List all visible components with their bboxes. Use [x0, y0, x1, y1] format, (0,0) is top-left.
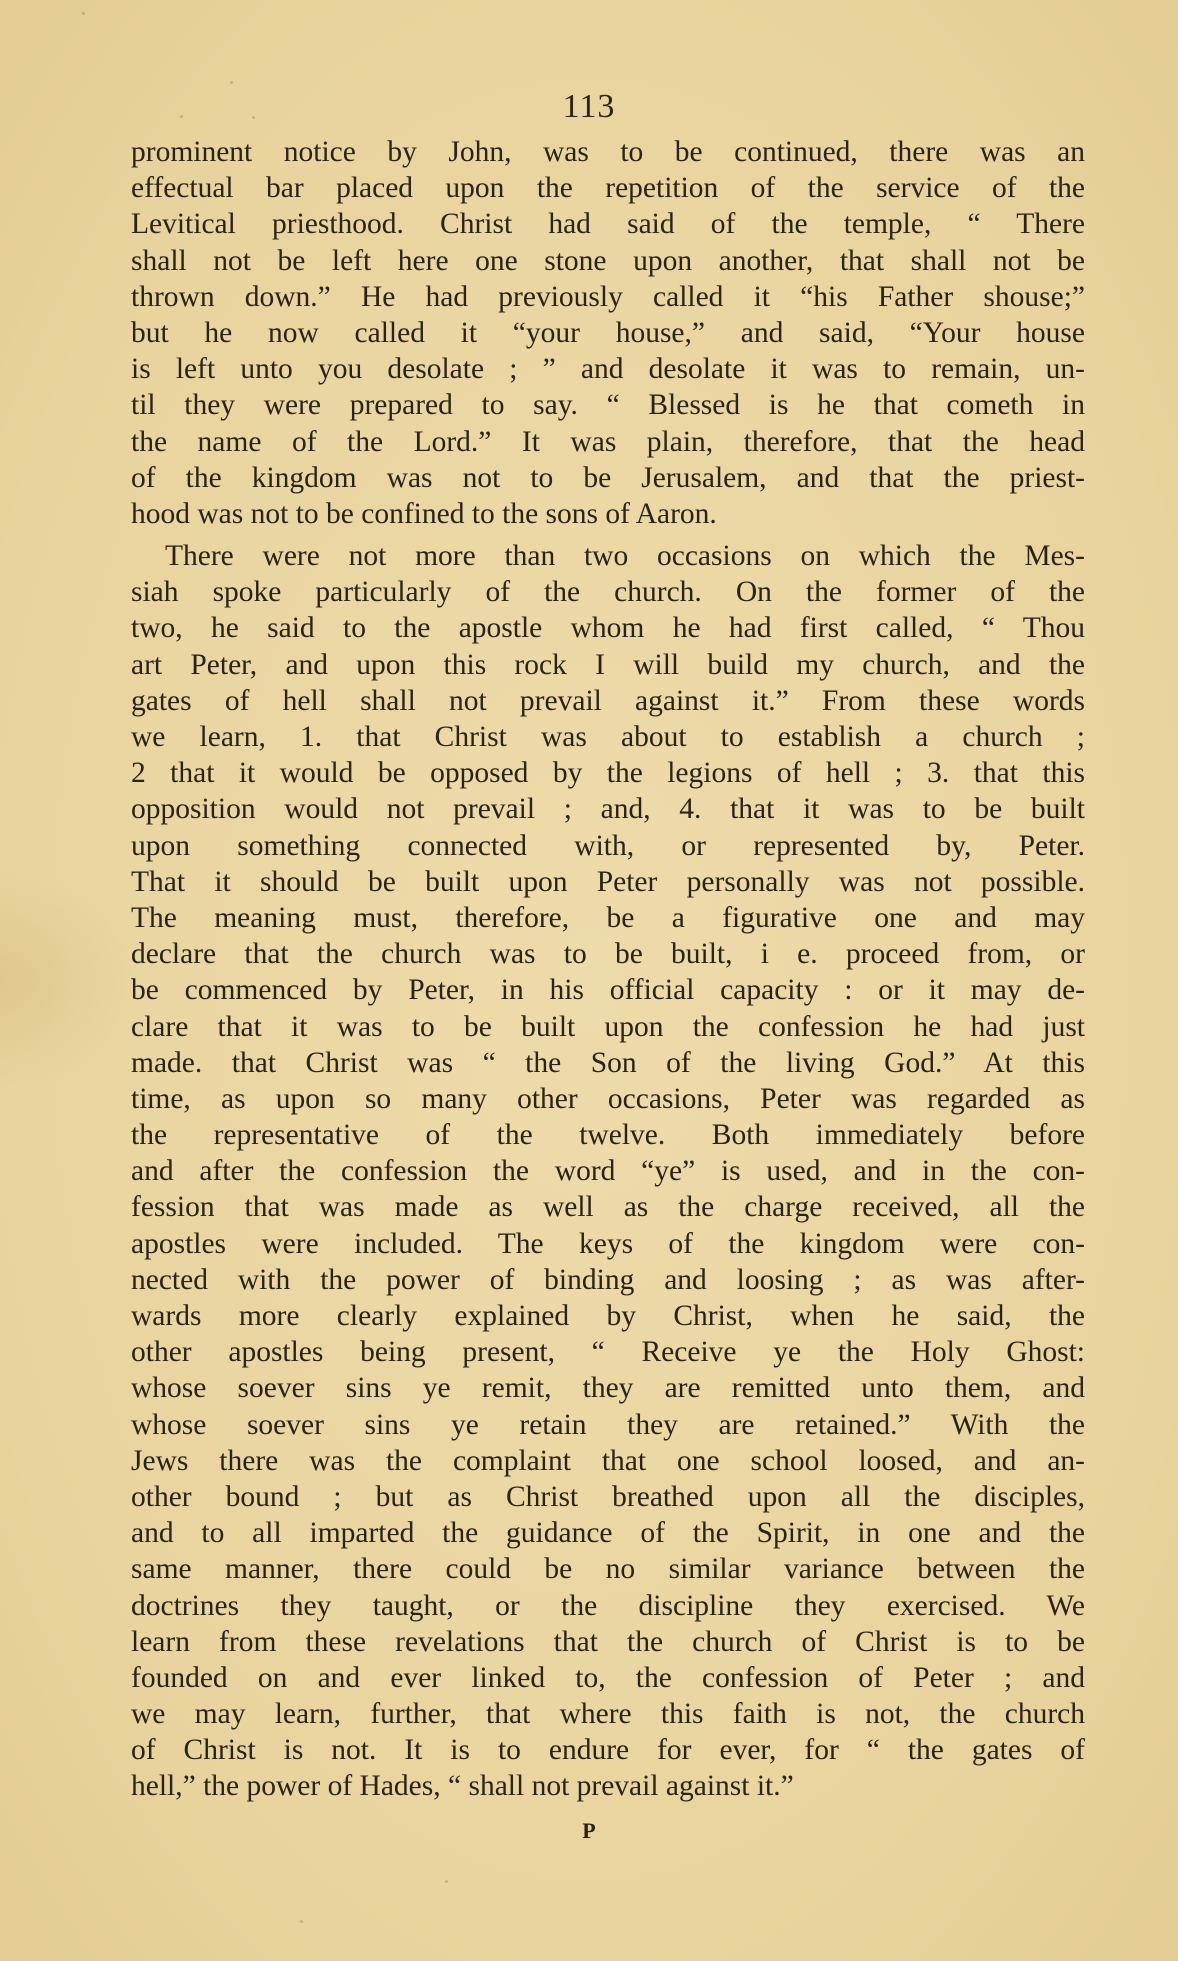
body-text: prominent notice by John, was to be cont… — [131, 134, 1085, 1805]
text-line: declare that the church was to be built,… — [131, 936, 1085, 972]
text-line: art Peter, and upon this rock I will bui… — [131, 647, 1085, 683]
text-line: The meaning must, therefore, be a figura… — [131, 900, 1085, 936]
text-line: til they were prepared to say. “ Blessed… — [131, 387, 1085, 423]
text-line: other apostles being present, “ Receive … — [131, 1334, 1085, 1370]
text-line: the name of the Lord.” It was plain, the… — [131, 424, 1085, 460]
text-line: opposition would not prevail ; and, 4. t… — [131, 791, 1085, 827]
text-line: but he now called it “your house,” and s… — [131, 315, 1085, 351]
paper-speck — [180, 115, 183, 118]
text-line: be commenced by Peter, in his official c… — [131, 972, 1085, 1008]
text-line: other bound ; but as Christ breathed upo… — [131, 1479, 1085, 1515]
text-line: upon something connected with, or repres… — [131, 828, 1085, 864]
text-line: apostles were included. The keys of the … — [131, 1226, 1085, 1262]
paragraph-1: prominent notice by John, was to be cont… — [131, 134, 1085, 532]
text-line: whose soever sins ye retain they are ret… — [131, 1407, 1085, 1443]
text-line: same manner, there could be no similar v… — [131, 1551, 1085, 1587]
text-line: of Christ is not. It is to endure for ev… — [131, 1732, 1085, 1768]
text-line: Jews there was the complaint that one sc… — [131, 1443, 1085, 1479]
text-line: That it should be built upon Peter perso… — [131, 864, 1085, 900]
text-line: we may learn, further, that where this f… — [131, 1696, 1085, 1732]
text-line: hell,” the power of Hades, “ shall not p… — [131, 1768, 1085, 1804]
text-line: siah spoke particularly of the church. O… — [131, 574, 1085, 610]
text-line: made. that Christ was “ the Son of the l… — [131, 1045, 1085, 1081]
paragraph-2: There were not more than two occasions o… — [131, 538, 1085, 1805]
text-line: of the kingdom was not to be Jerusalem, … — [131, 460, 1085, 496]
text-line: Levitical priesthood. Christ had said of… — [131, 206, 1085, 242]
text-line: wards more clearly explained by Christ, … — [131, 1298, 1085, 1334]
text-line: clare that it was to be built upon the c… — [131, 1009, 1085, 1045]
signature-mark: P — [0, 1818, 1178, 1844]
text-line: the representative of the twelve. Both i… — [131, 1117, 1085, 1153]
paper-speck — [82, 12, 85, 15]
paper-speck — [252, 116, 255, 119]
text-line: learn from these revelations that the ch… — [131, 1624, 1085, 1660]
text-line: two, he said to the apostle whom he had … — [131, 610, 1085, 646]
text-line: shall not be left here one stone upon an… — [131, 243, 1085, 279]
text-line: 2 that it would be opposed by the legion… — [131, 755, 1085, 791]
text-line: thrown down.” He had previously called i… — [131, 279, 1085, 315]
text-line: hood was not to be confined to the sons … — [131, 496, 1085, 532]
text-line: nected with the power of binding and loo… — [131, 1262, 1085, 1298]
page-number: 113 — [0, 88, 1178, 126]
text-line: effectual bar placed upon the repetition… — [131, 170, 1085, 206]
text-line: founded on and ever linked to, the confe… — [131, 1660, 1085, 1696]
text-line: whose soever sins ye remit, they are rem… — [131, 1370, 1085, 1406]
text-line: time, as upon so many other occasions, P… — [131, 1081, 1085, 1117]
text-line: doctrines they taught, or the discipline… — [131, 1588, 1085, 1624]
text-line: and after the confession the word “ye” i… — [131, 1153, 1085, 1189]
book-page: 113 prominent notice by John, was to be … — [0, 0, 1178, 1961]
text-line: and to all imparted the guidance of the … — [131, 1515, 1085, 1551]
paper-speck — [230, 81, 233, 84]
paper-speck — [445, 1880, 448, 1883]
text-line: fession that was made as well as the cha… — [131, 1189, 1085, 1225]
text-line: gates of hell shall not prevail against … — [131, 683, 1085, 719]
text-line: is left unto you desolate ; ” and desola… — [131, 351, 1085, 387]
text-line: There were not more than two occasions o… — [131, 538, 1085, 574]
text-line: we learn, 1. that Christ was about to es… — [131, 719, 1085, 755]
paper-speck — [300, 1920, 303, 1923]
text-line: prominent notice by John, was to be cont… — [131, 134, 1085, 170]
